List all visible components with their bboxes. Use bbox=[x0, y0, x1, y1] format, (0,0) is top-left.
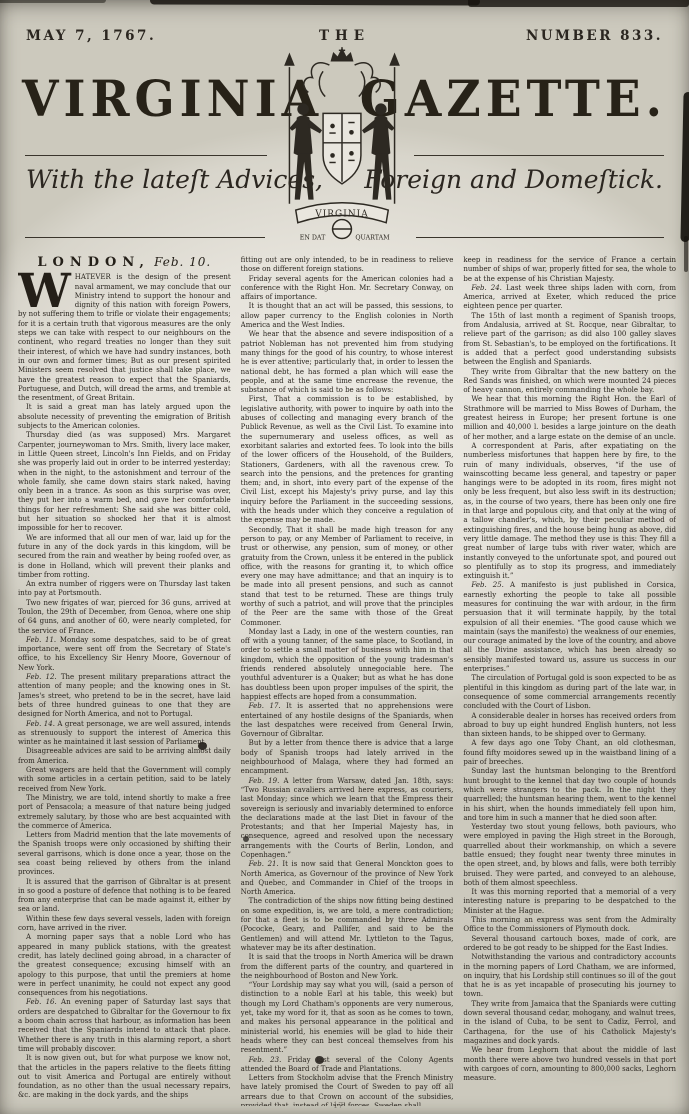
date-lead: Feb. 17. bbox=[249, 702, 286, 710]
news-paragraph: Within these few days several vessels, l… bbox=[18, 915, 231, 934]
news-paragraph: Letters from Stockholm advise that the F… bbox=[241, 1074, 454, 1106]
date-lead: Feb. 21. bbox=[249, 860, 283, 868]
text-column-2: fitting out are only intended, to be in … bbox=[241, 256, 454, 1106]
news-paragraph: fitting out are only intended, to be in … bbox=[241, 256, 454, 275]
news-paragraph: It is said that the troops in North Amer… bbox=[241, 953, 454, 981]
news-paragraph: WHATEVER is the design of the present na… bbox=[18, 273, 231, 403]
news-paragraph: It is now given out, but for what purpos… bbox=[18, 1054, 231, 1100]
text-column-3: keep in readiness for the service of Fra… bbox=[463, 256, 676, 1106]
scan-artifact-top bbox=[150, 0, 480, 6]
news-paragraph: Feb. 11. Monday some despatches, said to… bbox=[18, 636, 231, 673]
news-paragraph: Feb. 23. Friday last several of the Colo… bbox=[241, 1056, 454, 1075]
date-lead: Feb. 24. bbox=[471, 284, 506, 292]
news-paragraph: Yesterday two stout young fellows, both … bbox=[463, 823, 676, 888]
divider-rule bbox=[414, 155, 664, 156]
news-paragraph: Great wagers are held that the Governmen… bbox=[18, 766, 231, 794]
news-paragraph: Feb. 24. Last week three ships laden wit… bbox=[463, 284, 676, 312]
news-paragraph: But by a letter from thence there is adv… bbox=[241, 739, 454, 776]
news-paragraph: Thursday died (as was supposed) Mrs. Mar… bbox=[18, 431, 231, 533]
scan-artifact-right-streak bbox=[684, 236, 688, 272]
news-paragraph: A few days ago one Toby Chant, an old cl… bbox=[463, 739, 676, 767]
scan-artifact-top bbox=[0, 0, 106, 3]
body-text-area: LONDON, Feb. 10. WHATEVER is the design … bbox=[18, 256, 676, 1106]
news-paragraph: Feb. 19. A letter from Warsaw, dated Jan… bbox=[241, 777, 454, 861]
news-paragraph: Two new frigates of war, pierced for 36 … bbox=[18, 599, 231, 636]
news-paragraph: Feb. 12. The present military preparatio… bbox=[18, 673, 231, 719]
news-paragraph: It is said a great man has lately argued… bbox=[18, 403, 231, 431]
text-column-1: LONDON, Feb. 10. WHATEVER is the design … bbox=[18, 256, 231, 1106]
crest-ribbon-text: VIRGINIA bbox=[314, 209, 369, 219]
news-paragraph: Feb. 17. It is asserted that no apprehen… bbox=[241, 702, 454, 739]
page-signature-mark: 17 bbox=[333, 1101, 343, 1110]
news-paragraph: The 15th of last month a regiment of Spa… bbox=[463, 312, 676, 368]
date-lead: Feb. 12. bbox=[26, 673, 61, 681]
news-paragraph: It was this morning reported that a memo… bbox=[463, 888, 676, 916]
news-paragraph: It is thought that an act will be passed… bbox=[241, 302, 454, 330]
drop-cap: W bbox=[18, 273, 75, 310]
news-paragraph: Secondly, That it shall be made high tre… bbox=[241, 526, 454, 628]
news-paragraph: We are informed that all our men of war,… bbox=[18, 534, 231, 580]
virginia-coat-of-arms-icon: VIRGINIA EN DAT QUARTAM bbox=[268, 44, 416, 249]
divider-rule bbox=[25, 237, 265, 238]
newspaper-page: MAY 7, 1767. THE NUMBER 833. VIRGINIA GA… bbox=[0, 0, 689, 1114]
news-paragraph: Monday last a Lady, in one of the wester… bbox=[241, 628, 454, 702]
news-paragraph: keep in readiness for the service of Fra… bbox=[463, 256, 676, 284]
news-paragraph: The contradiction of the ships now fitti… bbox=[241, 897, 454, 953]
news-paragraph: We hear that the absence and severe indi… bbox=[241, 330, 454, 395]
news-paragraph: They write from Jamaica that the Spaniar… bbox=[463, 1000, 676, 1046]
divider-rule bbox=[416, 237, 664, 238]
dateline-place: LONDON, bbox=[37, 256, 150, 270]
issue-header-row: MAY 7, 1767. THE NUMBER 833. bbox=[26, 28, 663, 44]
date-lead: Feb. 14. bbox=[26, 720, 57, 728]
news-paragraph: Feb. 25. A manifesto is just published i… bbox=[463, 581, 676, 674]
news-paragraph: The Ministry, we are told, intend shortl… bbox=[18, 794, 231, 831]
news-paragraph: It is assured that the garrison of Gibra… bbox=[18, 878, 231, 915]
news-paragraph: Friday several agents for the American c… bbox=[241, 275, 454, 303]
news-paragraph: This morning an express was sent from th… bbox=[463, 916, 676, 935]
news-paragraph: The circulation of Portugal gold is soon… bbox=[463, 674, 676, 711]
news-paragraph: “Your Lordship may say what you will, (s… bbox=[241, 981, 454, 1055]
news-paragraph: First, That a commission is to be establ… bbox=[241, 395, 454, 525]
news-paragraph: A morning paper says that a noble Lord w… bbox=[18, 933, 231, 998]
date-lead: Feb. 23. bbox=[249, 1056, 288, 1064]
scan-artifact-top bbox=[468, 0, 689, 7]
news-paragraph: We hear that this morning the Right Hon.… bbox=[463, 395, 676, 441]
crest-motto-right: QUARTAM bbox=[355, 235, 390, 242]
crest-motto-left: EN DAT bbox=[300, 235, 326, 242]
news-paragraph: A considerable dealer in horses has rece… bbox=[463, 712, 676, 740]
date-lead: Feb. 16. bbox=[26, 998, 61, 1006]
dateline-heading: LONDON, Feb. 10. bbox=[18, 258, 231, 267]
news-paragraph: They write from Gibraltar that the new b… bbox=[463, 368, 676, 396]
news-paragraph: We hear from Leghorn that about the midd… bbox=[463, 1046, 676, 1083]
news-paragraph: Disagreeable advices are said to be arri… bbox=[18, 747, 231, 766]
divider-rule bbox=[25, 155, 267, 156]
news-paragraph: Feb. 14. A great personage, we are well … bbox=[18, 720, 231, 748]
date-lead: Feb. 11. bbox=[26, 636, 60, 644]
news-paragraph: Several thousand cartouch boxes, made of… bbox=[463, 935, 676, 954]
dateline-date: Feb. 10. bbox=[154, 256, 211, 269]
news-paragraph: Feb. 16. An evening paper of Saturday la… bbox=[18, 998, 231, 1054]
news-paragraph: Letters from Madrid mention that the lat… bbox=[18, 831, 231, 877]
news-paragraph: An extra number of riggers were on Thurs… bbox=[18, 580, 231, 599]
date-lead: Feb. 25. bbox=[471, 581, 510, 589]
news-paragraph: A correspondent at Paris, after expatiat… bbox=[463, 442, 676, 581]
news-paragraph: Feb. 21. It is now said that General Mon… bbox=[241, 860, 454, 897]
news-paragraph: Sunday last the huntsman belonging to th… bbox=[463, 767, 676, 823]
news-paragraph: Notwithstanding the various and contradi… bbox=[463, 953, 676, 999]
masthead-the: THE bbox=[26, 28, 663, 44]
date-lead: Feb. 19. bbox=[249, 777, 284, 785]
